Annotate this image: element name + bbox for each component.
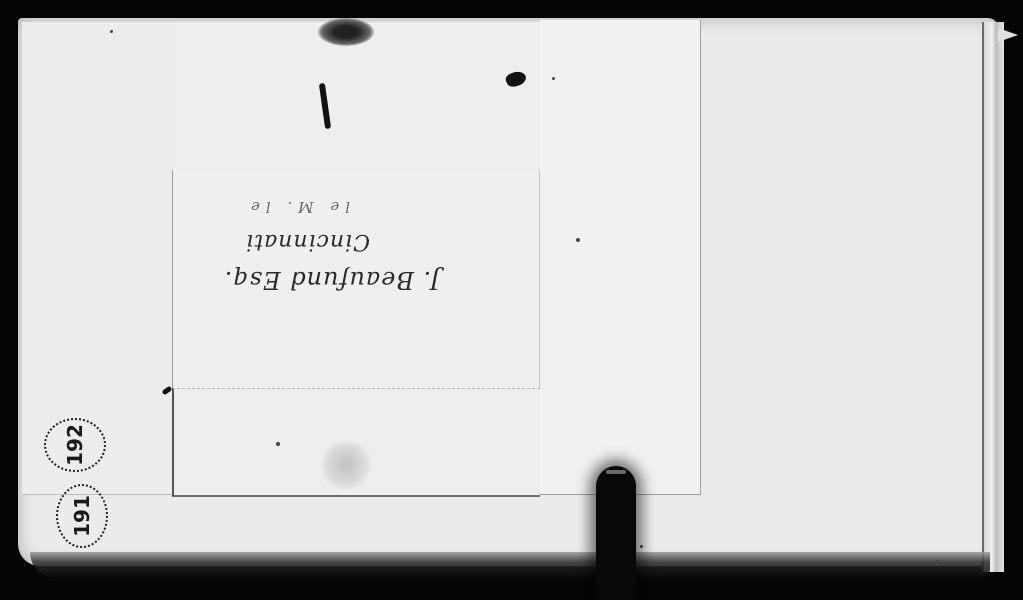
right-fold-panel — [540, 20, 701, 495]
speck — [276, 442, 280, 446]
corner-tab — [998, 28, 1018, 42]
binding-clip — [596, 466, 636, 600]
address-line-note: le M. le — [245, 198, 350, 216]
address-line-recipient: J. Beaufund Esq. — [224, 266, 440, 294]
speck — [552, 77, 555, 80]
paper-stain — [318, 440, 374, 490]
page-stack-edge — [982, 22, 1004, 572]
ink-blot-icon — [318, 18, 374, 46]
page-number-upper: 192 — [63, 424, 87, 466]
page-number-lower: 191 — [70, 495, 94, 537]
speck — [576, 238, 580, 242]
speck — [110, 30, 113, 33]
handwritten-address: J. Beaufund Esq. Cincinnati le M. le — [200, 180, 460, 300]
speck — [640, 545, 643, 548]
left-fold-panel — [22, 22, 173, 495]
address-line-city: Cincinnati — [245, 229, 370, 254]
speck — [935, 560, 940, 565]
sheet-bottom-edge — [30, 552, 990, 578]
page-number-stamp-upper: 192 — [44, 418, 106, 472]
page-number-stamp-lower: 191 — [56, 484, 108, 548]
